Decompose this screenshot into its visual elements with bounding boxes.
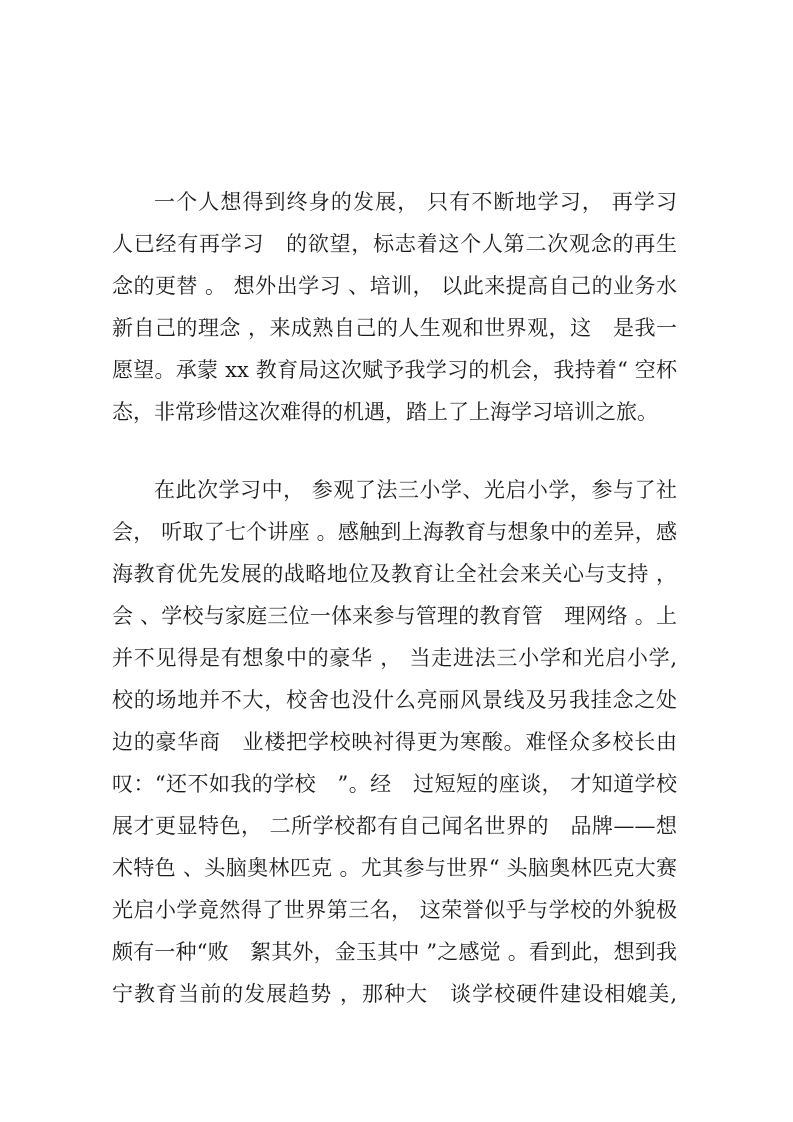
- text-line: 颇有一种“败 絮其外，金玉其中 ”之感觉 。看到此，想到我们景: [112, 931, 677, 973]
- text-line: 展才更显特色， 二所学校都有自己闻名世界的 品牌——想象绘画艺: [112, 805, 677, 847]
- text-line: 并不见得是有想象中的豪华 ， 当走进法三小学和光启小学,发现 学: [112, 637, 677, 679]
- text-line: 人已经有再学习 的欲望，标志着这个人第二次观念的再生与人生信: [112, 223, 677, 265]
- text-line: 新自己的理念 ，来成熟自己的人生观和世界观，这 是我一直以来的: [112, 307, 677, 349]
- text-line: 一个人想得到终身的发展， 只有不断地学习， 再学习 。当一个: [112, 181, 677, 223]
- text-line: 叹：“还不如我的学校 ”。经 过短短的座谈， 才知道学校的内涵发: [112, 763, 677, 805]
- text-line: 边的豪华商 业楼把学校映衬得更为寒酸。难怪众多校长由然发出感: [112, 721, 677, 763]
- text-line: 宁教育当前的发展趋势 ，那种大 谈学校硬件建设相媲美, 忽视内涵: [112, 973, 677, 1015]
- text-line: 术特色 、头脑奥林匹克 。尤其参与世界“ 头脑奥林匹克大赛 ” 的: [112, 847, 677, 889]
- text-line: 海教育优先发展的战略地位及教育让全社会来关心与支持 ，形成社: [112, 553, 677, 595]
- text-line: 会， 听取了七个讲座 。感触到上海教育与想象中的差异，感悟于上: [112, 511, 677, 553]
- text-line: 校的场地并不大，校舍也没什么亮丽风景线及另我挂念之处 ，倒是周: [112, 679, 677, 721]
- text-line: 态，非常珍惜这次难得的机遇，踏上了上海学习培训之旅。: [112, 391, 677, 433]
- text-line: 在此次学习中， 参观了法三小学、光启小学，参与了社区的联谊: [112, 469, 677, 511]
- text-line: 会 、学校与家庭三位一体来参与管理的教育管 理网络 。上海学校: [112, 595, 677, 637]
- text-line: 光启小学竟然得了世界第三名， 这荣誉似乎与学校的外貌极不相称，: [112, 889, 677, 931]
- text-line: 念的更替 。 想外出学习 、培训， 以此来提高自己的业务水平 ，更: [112, 265, 677, 307]
- document-page: 一个人想得到终身的发展， 只有不断地学习， 再学习 。当一个 人已经有再学习 的…: [0, 0, 793, 1122]
- text-line: 愿望。承蒙 xx 教育局这次赋予我学习的机会，我持着“ 空杯子 ”心: [112, 349, 677, 391]
- paragraph-1: 一个人想得到终身的发展， 只有不断地学习， 再学习 。当一个 人已经有再学习 的…: [112, 181, 677, 433]
- paragraph-2: 在此次学习中， 参观了法三小学、光启小学，参与了社区的联谊 会， 听取了七个讲座…: [112, 469, 677, 1015]
